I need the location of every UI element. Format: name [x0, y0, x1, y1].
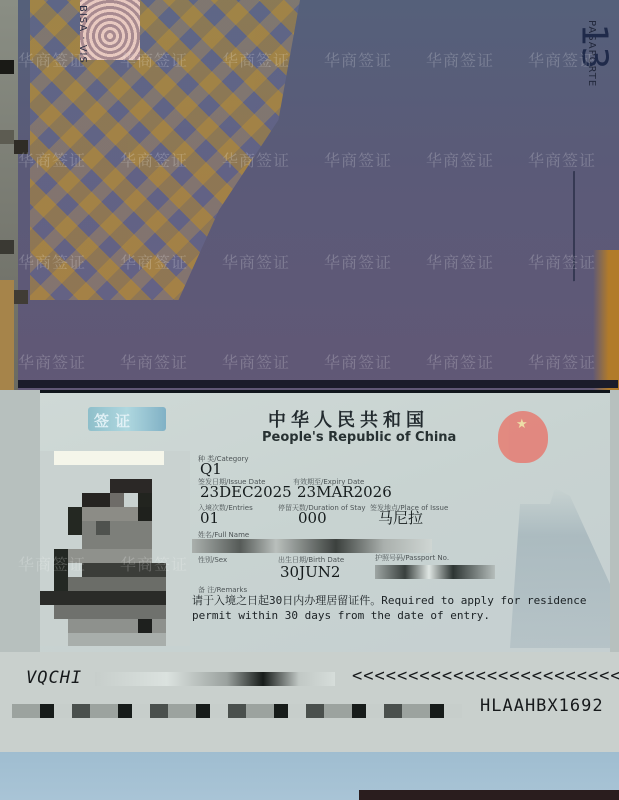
- machine-readable-zone: VQCHI <<<<<<<<<<<<<<<<<<<<<<<< HLAAHBX16…: [0, 652, 619, 752]
- redaction-block: [14, 290, 28, 304]
- mrz-line1-prefix: VQCHI: [26, 668, 82, 688]
- visa-page: 签证 中华人民共和国 People's Republic of China ★: [0, 390, 619, 800]
- guilloche-emblem: [80, 0, 140, 60]
- watermark: 华商签证: [528, 148, 596, 171]
- redaction-block: [14, 140, 28, 154]
- watermark: 华商签证: [426, 250, 494, 273]
- redacted-mrz: [95, 672, 335, 686]
- watermark: 华商签证: [120, 350, 188, 373]
- page-number: 13: [574, 24, 615, 70]
- next-page-edge: [0, 752, 619, 800]
- watermark: 华商签证: [324, 48, 392, 71]
- security-pattern: [30, 0, 300, 300]
- watermark: 华商签证: [426, 350, 494, 373]
- table-surface: [359, 790, 619, 800]
- country-name-cn: 中华人民共和国: [268, 406, 429, 432]
- birth-date-value: 30JUN2: [280, 563, 340, 581]
- visa-sticker: 签证 中华人民共和国 People's Republic of China ★: [40, 390, 610, 655]
- redacted-mrz: [12, 704, 462, 718]
- redacted-name: [192, 539, 432, 553]
- watermark: 华商签证: [426, 48, 494, 71]
- watermark: 华商签证: [18, 350, 86, 373]
- sex-label: 性别/Sex: [198, 555, 227, 565]
- watermark: 华商签证: [324, 250, 392, 273]
- expiry-date-value: 23MAR2026: [297, 483, 392, 501]
- watermark: 华商签证: [222, 250, 290, 273]
- watermark: 华商签证: [324, 148, 392, 171]
- category-value: Q1: [200, 460, 222, 478]
- watermark: 华商签证: [426, 148, 494, 171]
- remarks-text: 请于入境之日起30日内办理居留证件。Required to apply for …: [192, 593, 592, 623]
- country-name-en: People's Republic of China: [262, 430, 456, 445]
- national-emblem-icon: ★: [498, 411, 548, 463]
- redaction-block: [0, 130, 14, 144]
- cover-edge: [0, 280, 14, 392]
- redacted-passport-no: [375, 565, 495, 579]
- passport-back-page: BISA · VIS PASAPORTE 13 华商签证 华商签证 华商签证 华…: [0, 0, 619, 392]
- entries-value: 01: [200, 509, 219, 527]
- watermark: 华商签证: [324, 350, 392, 373]
- mrz-line2-suffix: HLAAHBX1692: [480, 696, 604, 716]
- watermark: 华商签证: [528, 350, 596, 373]
- watermark: 华商签证: [222, 350, 290, 373]
- duration-value: 000: [298, 509, 327, 527]
- place-of-issue-value: 马尼拉: [378, 507, 423, 528]
- redaction-block: [0, 60, 14, 74]
- signature-mark: [573, 169, 591, 282]
- redaction-block: [0, 240, 14, 254]
- hologram-seal: 签证: [88, 407, 166, 431]
- holder-photo: [40, 451, 190, 646]
- hologram-text: 签证: [94, 410, 136, 431]
- great-wall-illustration: [510, 488, 610, 648]
- cover-edge: [593, 250, 619, 392]
- passport-no-label: 护照号码/Passport No.: [375, 553, 449, 563]
- mrz-line1-fill: <<<<<<<<<<<<<<<<<<<<<<<<: [352, 666, 619, 686]
- issue-date-value: 23DEC2025: [200, 483, 292, 501]
- visa-vertical-label: BISA · VIS: [77, 5, 88, 64]
- page-fold-shadow: [18, 380, 618, 388]
